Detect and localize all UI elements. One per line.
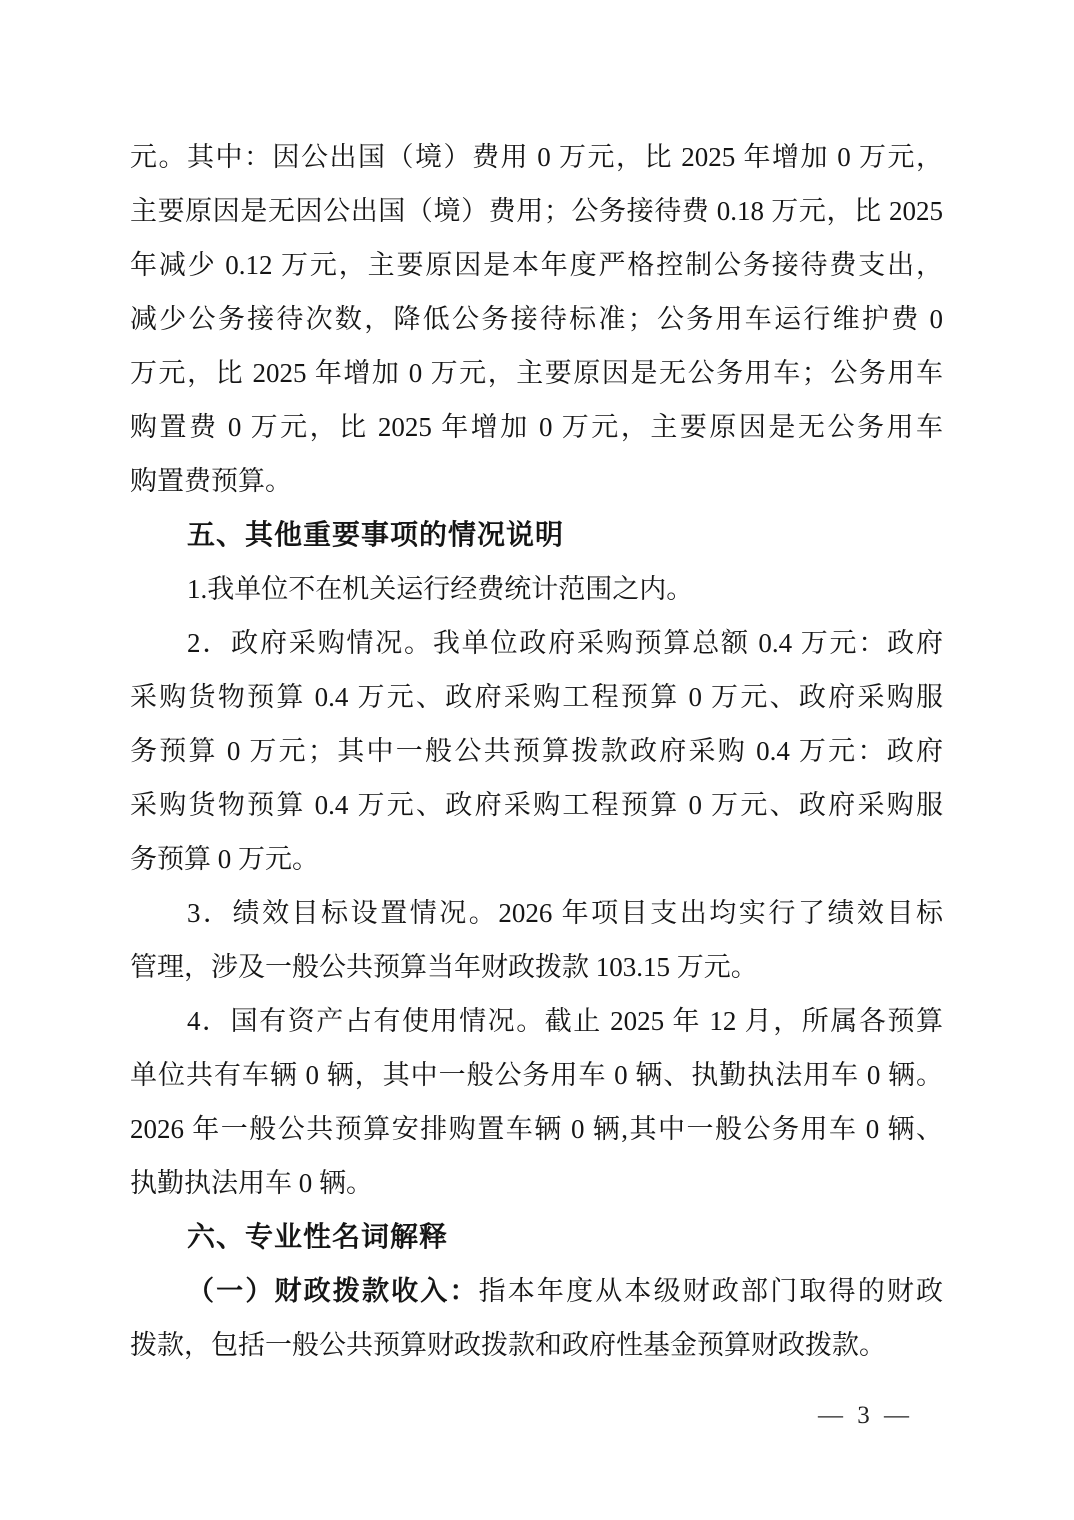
text-line: 2026 年一般公共预算安排购置车辆 0 辆,其中一般公务用车 0 辆、 [130,1102,943,1156]
text-line: 1.我单位不在机关运行经费统计范围之内。 [130,562,943,616]
document-page: 元。其中：因公出国（境）费用 0 万元，比 2025 年增加 0 万元，主要原因… [0,0,1074,1520]
section-heading: 六、专业性名词解释 [130,1210,943,1264]
text-line: 万元，比 2025 年增加 0 万元，主要原因是无公务用车；公务用车 [130,346,943,400]
text-line: 主要原因是无因公出国（境）费用；公务接待费 0.18 万元，比 2025 [130,184,943,238]
text-line: 2．政府采购情况。我单位政府采购预算总额 0.4 万元：政府 [130,616,943,670]
section-heading: 五、其他重要事项的情况说明 [130,508,943,562]
text-line: 4．国有资产占有使用情况。截止 2025 年 12 月，所属各预算 [130,994,943,1048]
text-line: 务预算 0 万元；其中一般公共预算拨款政府采购 0.4 万元：政府 [130,724,943,778]
text-line: 年减少 0.12 万元，主要原因是本年度严格控制公务接待费支出， [130,238,943,292]
page-number: — 3 — [818,1402,913,1430]
text-line: 采购货物预算 0.4 万元、政府采购工程预算 0 万元、政府采购服 [130,778,943,832]
text-line: 购置费 0 万元，比 2025 年增加 0 万元，主要原因是无公务用车 [130,400,943,454]
text-line: （一）财政拨款收入：指本年度从本级财政部门取得的财政 [130,1264,943,1318]
text-line: 管理，涉及一般公共预算当年财政拨款 103.15 万元。 [130,940,943,994]
term-definition: 指本年度从本级财政部门取得的财政 [479,1276,943,1306]
text-line: 3．绩效目标设置情况。2026 年项目支出均实行了绩效目标 [130,886,943,940]
text-line: 务预算 0 万元。 [130,832,943,886]
text-line: 元。其中：因公出国（境）费用 0 万元，比 2025 年增加 0 万元， [130,130,943,184]
text-line: 单位共有车辆 0 辆，其中一般公务用车 0 辆、执勤执法用车 0 辆。 [130,1048,943,1102]
text-line: 执勤执法用车 0 辆。 [130,1156,943,1210]
text-line: 购置费预算。 [130,454,943,508]
text-line: 拨款，包括一般公共预算财政拨款和政府性基金预算财政拨款。 [130,1318,943,1372]
text-line: 减少公务接待次数，降低公务接待标准；公务用车运行维护费 0 [130,292,943,346]
term-label: （一）财政拨款收入： [187,1276,479,1306]
text-line: 采购货物预算 0.4 万元、政府采购工程预算 0 万元、政府采购服 [130,670,943,724]
document-body: 元。其中：因公出国（境）费用 0 万元，比 2025 年增加 0 万元，主要原因… [130,130,943,1372]
